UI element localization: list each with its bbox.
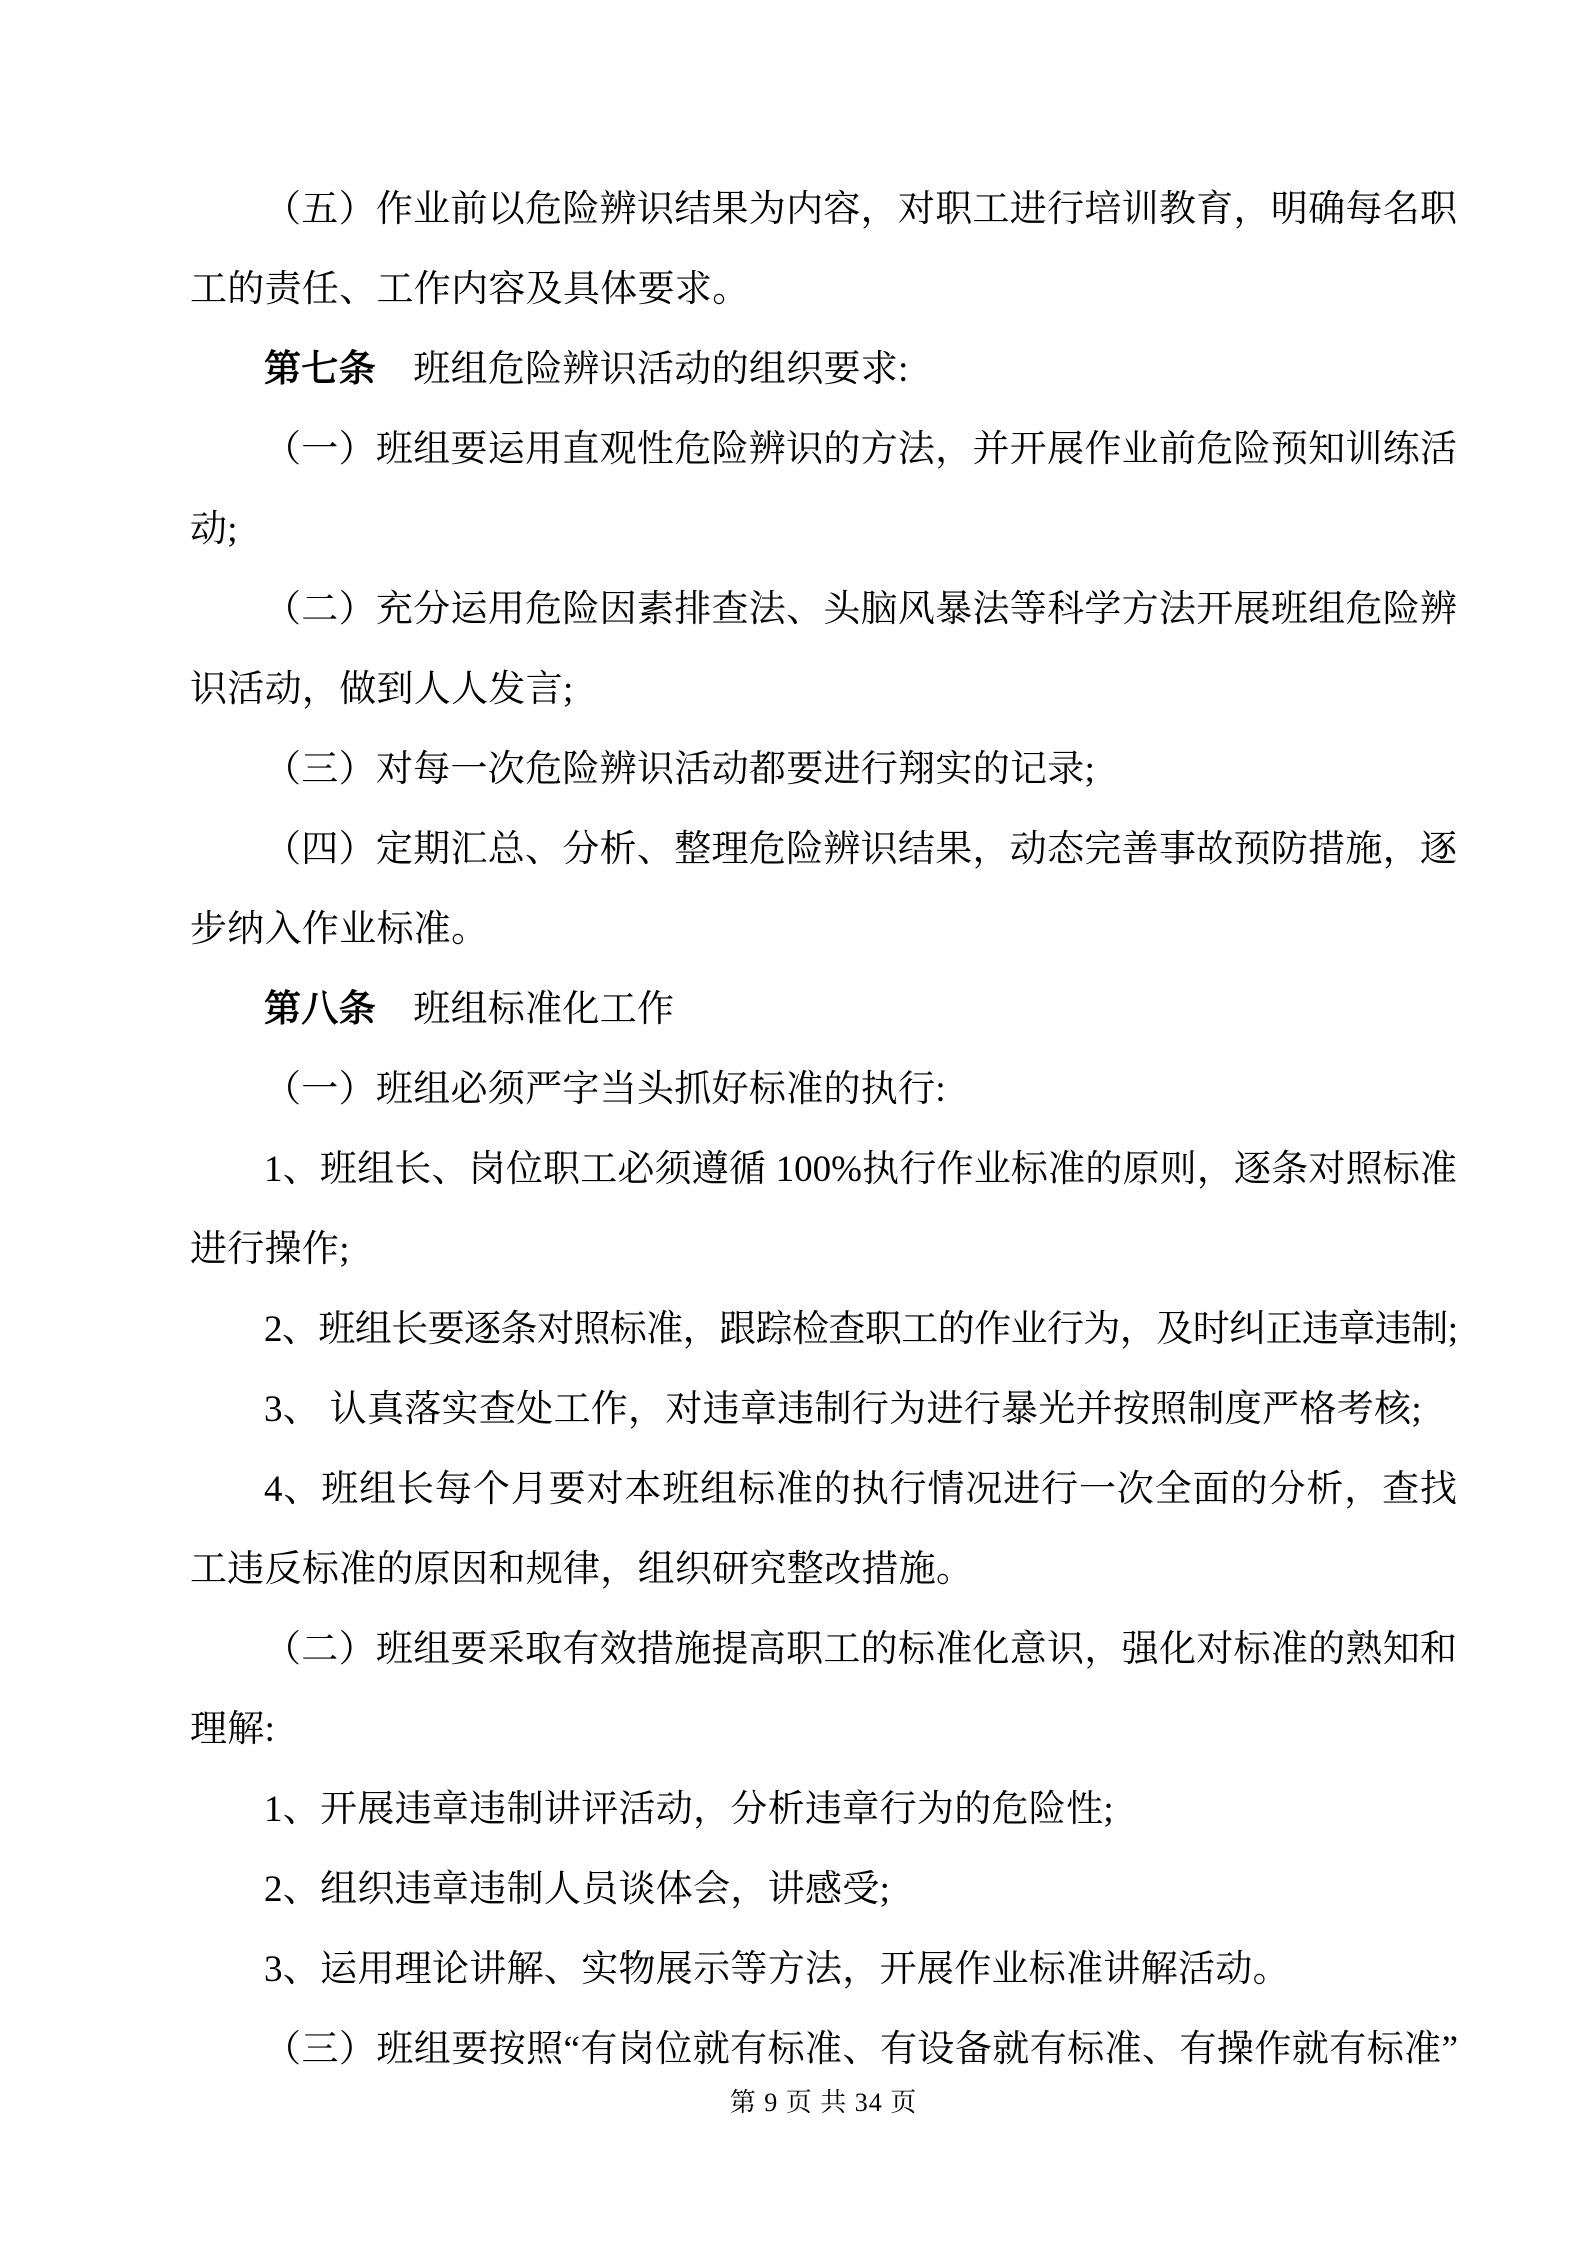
text-line: 2、班组长要逐条对照标准，跟踪检查职工的作业行为，及时纠正违章违制;: [190, 1290, 1457, 1370]
text-line: 工违反标准的原因和规律，组织研究整改措施。: [190, 1530, 1457, 1610]
text-line: （二）班组要采取有效措施提高职工的标准化意识，强化对标准的熟知和: [190, 1610, 1457, 1690]
text-line: （四）定期汇总、分析、整理危险辨识结果，动态完善事故预防措施，逐: [190, 810, 1457, 890]
text-body: （五）作业前以危险辨识结果为内容，对职工进行培训教育，明确每名职 工的责任、工作…: [190, 170, 1457, 2090]
text-line: 1、班组长、岗位职工必须遵循 100%执行作业标准的原则，逐条对照标准: [190, 1130, 1457, 1210]
footer-page-indicator: 第 9 页 共 34 页: [730, 2088, 918, 2117]
text-line: 3、 认真落实查处工作，对违章违制行为进行暴光并按照制度严格考核;: [190, 1370, 1457, 1450]
clause-text: 班组危险辨识活动的组织要求:: [376, 349, 909, 390]
page-footer: 第 9 页 共 34 页: [190, 2087, 1457, 2119]
clause-text: 班组标准化工作: [376, 989, 674, 1030]
text-line: 进行操作;: [190, 1210, 1457, 1290]
text-line: （一）班组要运用直观性危险辨识的方法，并开展作业前危险预知训练活: [190, 410, 1457, 490]
clause-number: 第七条: [264, 349, 376, 390]
text-line: 识活动，做到人人发言;: [190, 650, 1457, 730]
text-line: （一）班组必须严字当头抓好标准的执行:: [190, 1050, 1457, 1130]
text-line: 4、班组长每个月要对本班组标准的执行情况进行一次全面的分析，查找职: [190, 1450, 1457, 1530]
text-line: 理解:: [190, 1690, 1457, 1770]
text-line: （二）充分运用危险因素排查法、头脑风暴法等科学方法开展班组危险辨: [190, 570, 1457, 650]
text-line: 工的责任、工作内容及具体要求。: [190, 250, 1457, 330]
document-page: （五）作业前以危险辨识结果为内容，对职工进行培训教育，明确每名职 工的责任、工作…: [0, 0, 1587, 2245]
text-line: 3、运用理论讲解、实物展示等方法，开展作业标准讲解活动。: [190, 1930, 1457, 2010]
text-line: （三）班组要按照“有岗位就有标准、有设备就有标准、有操作就有标准”: [190, 2010, 1457, 2090]
text-line: 动;: [190, 490, 1457, 570]
text-line: （五）作业前以危险辨识结果为内容，对职工进行培训教育，明确每名职: [190, 170, 1457, 250]
clause-number: 第八条: [264, 989, 376, 1030]
text-line: 第八条 班组标准化工作: [190, 970, 1457, 1050]
text-line: 1、开展违章违制讲评活动，分析违章行为的危险性;: [190, 1770, 1457, 1850]
text-line: 2、组织违章违制人员谈体会，讲感受;: [190, 1850, 1457, 1930]
text-line: 第七条 班组危险辨识活动的组织要求:: [190, 330, 1457, 410]
text-line: 步纳入作业标准。: [190, 890, 1457, 970]
text-line: （三）对每一次危险辨识活动都要进行翔实的记录;: [190, 730, 1457, 810]
